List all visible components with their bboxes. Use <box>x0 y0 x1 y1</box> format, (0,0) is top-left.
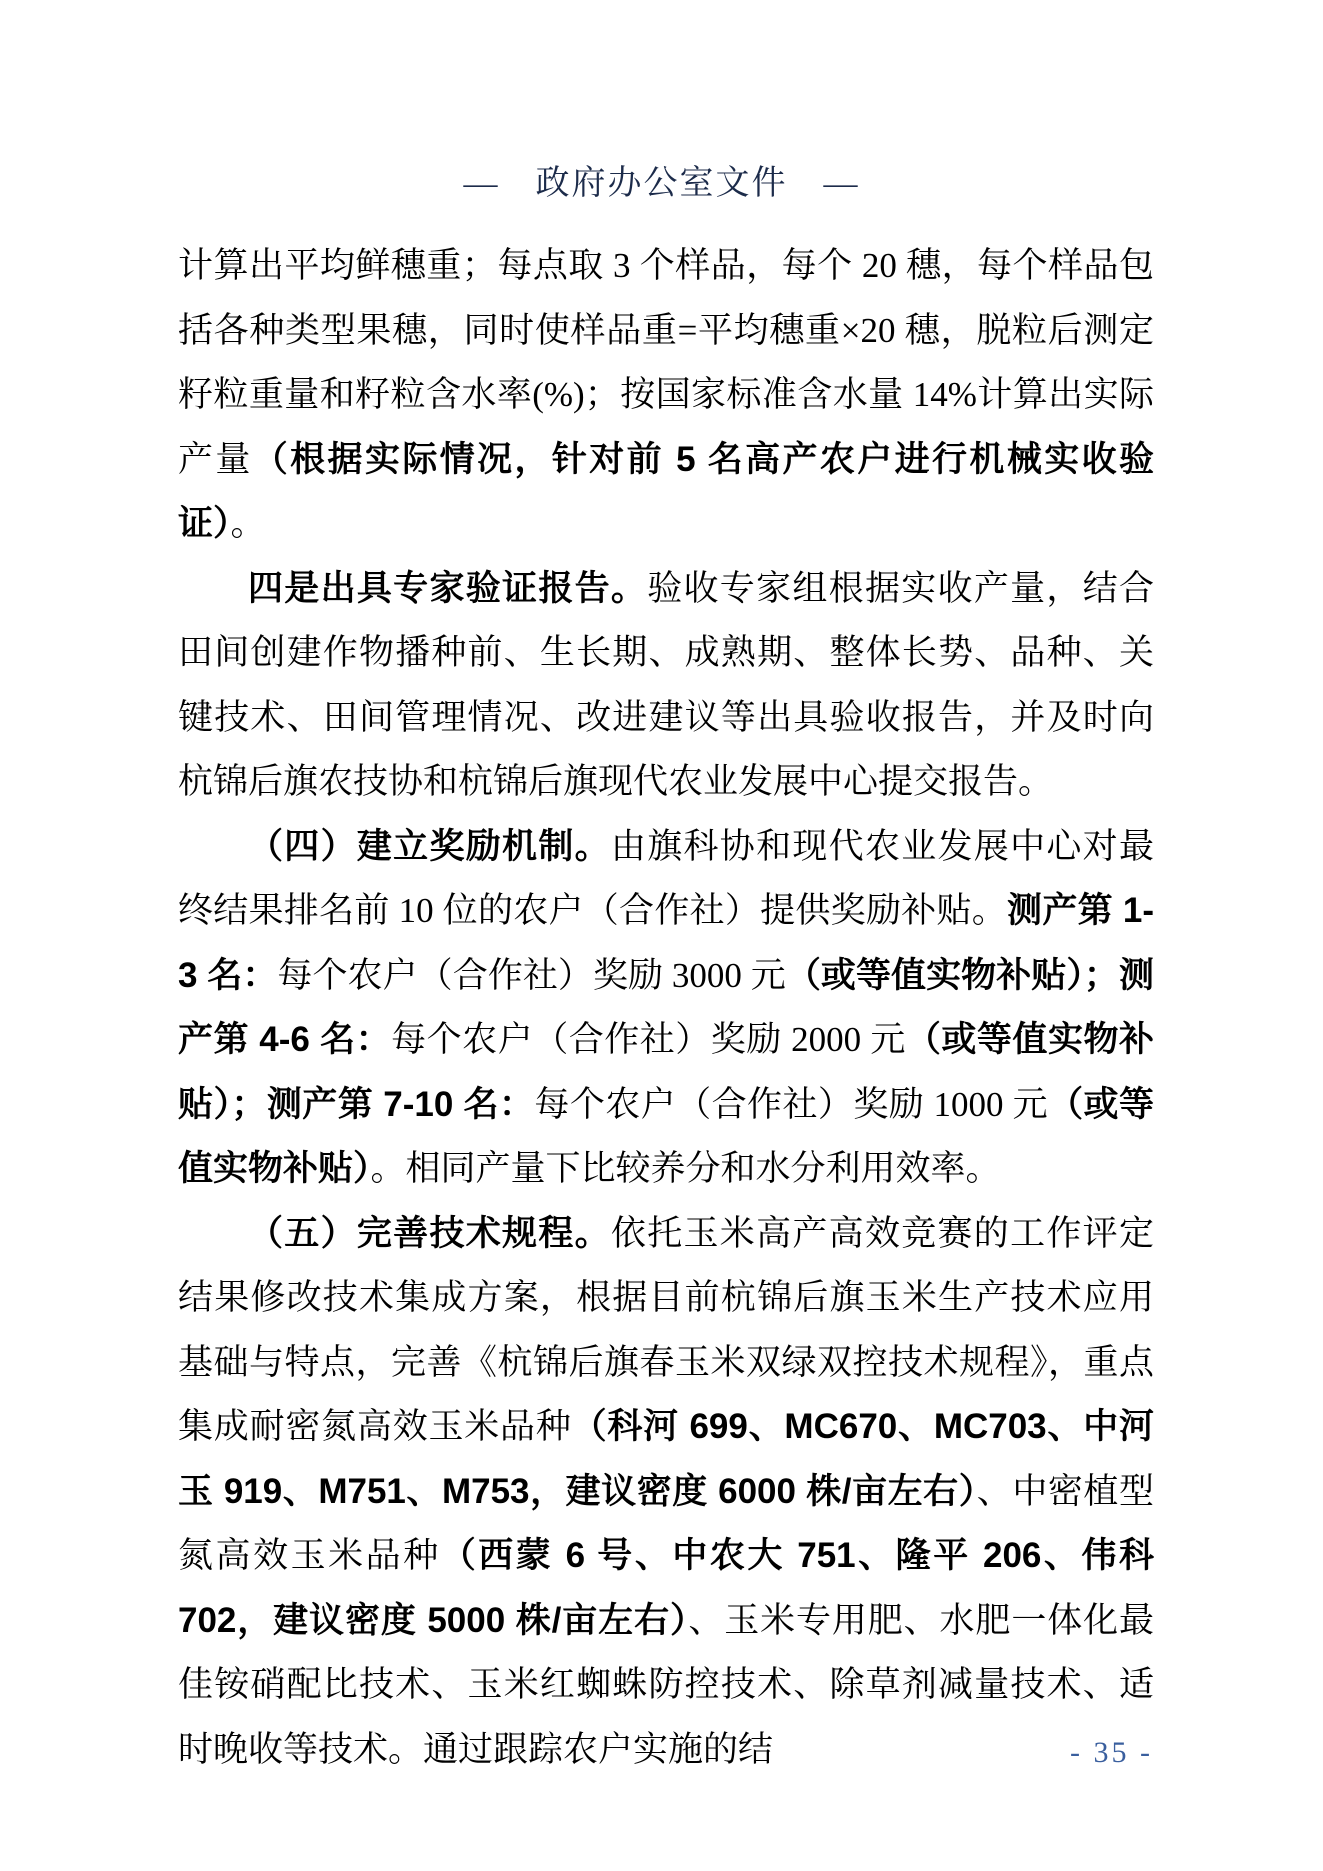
bold-text-segment: （四）建立奖励机制。 <box>248 827 611 866</box>
text-segment: 每个农户（合作社）奖励 3000 元 <box>277 956 785 995</box>
text-segment: 。 <box>231 504 266 543</box>
document-header-title: — 政府办公室文件 — <box>0 155 1323 204</box>
text-segment: 每个农户（合作社）奖励 2000 元 <box>391 1020 906 1059</box>
text-segment: 。相同产量下比较养分和水分利用效率。 <box>371 1149 1001 1188</box>
bold-text-segment: （根据实际情况，针对前 5 名高产农户进行机械实收验证） <box>178 440 1154 544</box>
paragraph: （五）完善技术规程。依托玉米高产高效竞赛的工作评定结果修改技术集成方案，根据目前… <box>178 1202 1154 1783</box>
document-body: 计算出平均鲜穗重；每点取 3 个样品，每个 20 穗，每个样品包括各种类型果穗，… <box>178 234 1154 1782</box>
bold-text-segment: （五）完善技术规程。 <box>248 1214 611 1253</box>
paragraph: 四是出具专家验证报告。验收专家组根据实收产量，结合田间创建作物播种前、生长期、成… <box>178 557 1154 815</box>
page-number: - 35 - <box>1070 1736 1153 1770</box>
bold-text-segment: 四是出具专家验证报告。 <box>248 569 647 608</box>
paragraph: （四）建立奖励机制。由旗科协和现代农业发展中心对最终结果排名前 10 位的农户（… <box>178 815 1154 1202</box>
document-page: — 政府办公室文件 — 计算出平均鲜穗重；每点取 3 个样品，每个 20 穗，每… <box>0 0 1323 1871</box>
paragraph: 计算出平均鲜穗重；每点取 3 个样品，每个 20 穗，每个样品包括各种类型果穗，… <box>178 234 1154 557</box>
text-segment: 每个农户（合作社）奖励 1000 元 <box>534 1085 1048 1124</box>
